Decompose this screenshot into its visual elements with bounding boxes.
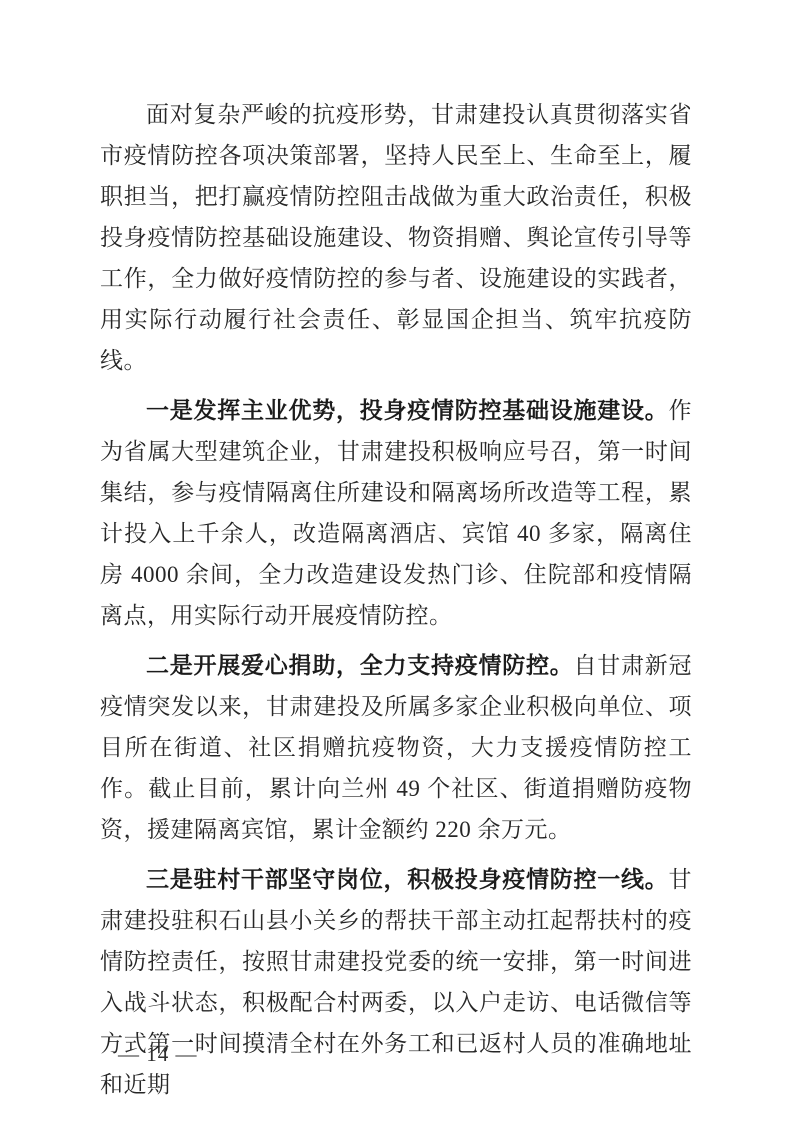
document-body: 面对复杂严峻的抗疫形势，甘肃建投认真贯彻落实省市疫情防控各项决策部署，坚持人民至… (100, 94, 692, 1114)
paragraph-intro-text: 面对复杂严峻的抗疫形势，甘肃建投认真贯彻落实省市疫情防控各项决策部署，坚持人民至… (100, 102, 692, 373)
paragraph-intro: 面对复杂严峻的抗疫形势，甘肃建投认真贯彻落实省市疫情防控各项决策部署，坚持人民至… (100, 94, 692, 381)
paragraph-point-2-text: 自甘肃新冠疫情突发以来，甘肃建投及所属多家企业积极向单位、项目所在街道、社区捐赠… (100, 653, 692, 842)
paragraph-point-2: 二是开展爱心捐助，全力支持疫情防控。自甘肃新冠疫情突发以来，甘肃建投及所属多家企… (100, 645, 692, 850)
document-page: 面对复杂严峻的抗疫形势，甘肃建投认真贯彻落实省市疫情防控各项决策部署，坚持人民至… (0, 0, 800, 1131)
paragraph-point-3-lead: 三是驻村干部坚守岗位，积极投身疫情防控一线。 (146, 867, 669, 892)
page-number: — 14 — (118, 1040, 198, 1068)
paragraph-point-1-text: 作为省属大型建筑企业，甘肃建投积极响应号召，第一时间集结，参与疫情隔离住所建设和… (100, 398, 692, 628)
paragraph-point-3: 三是驻村干部坚守岗位，积极投身疫情防控一线。甘肃建投驻积石山县小关乡的帮扶干部主… (100, 859, 692, 1105)
paragraph-point-1-lead: 一是发挥主业优势，投身疫情防控基础设施建设。 (146, 398, 669, 423)
paragraph-point-1: 一是发挥主业优势，投身疫情防控基础设施建设。作为省属大型建筑企业，甘肃建投积极响… (100, 390, 692, 636)
paragraph-point-2-lead: 二是开展爱心捐助，全力支持疫情防控。 (146, 653, 574, 678)
